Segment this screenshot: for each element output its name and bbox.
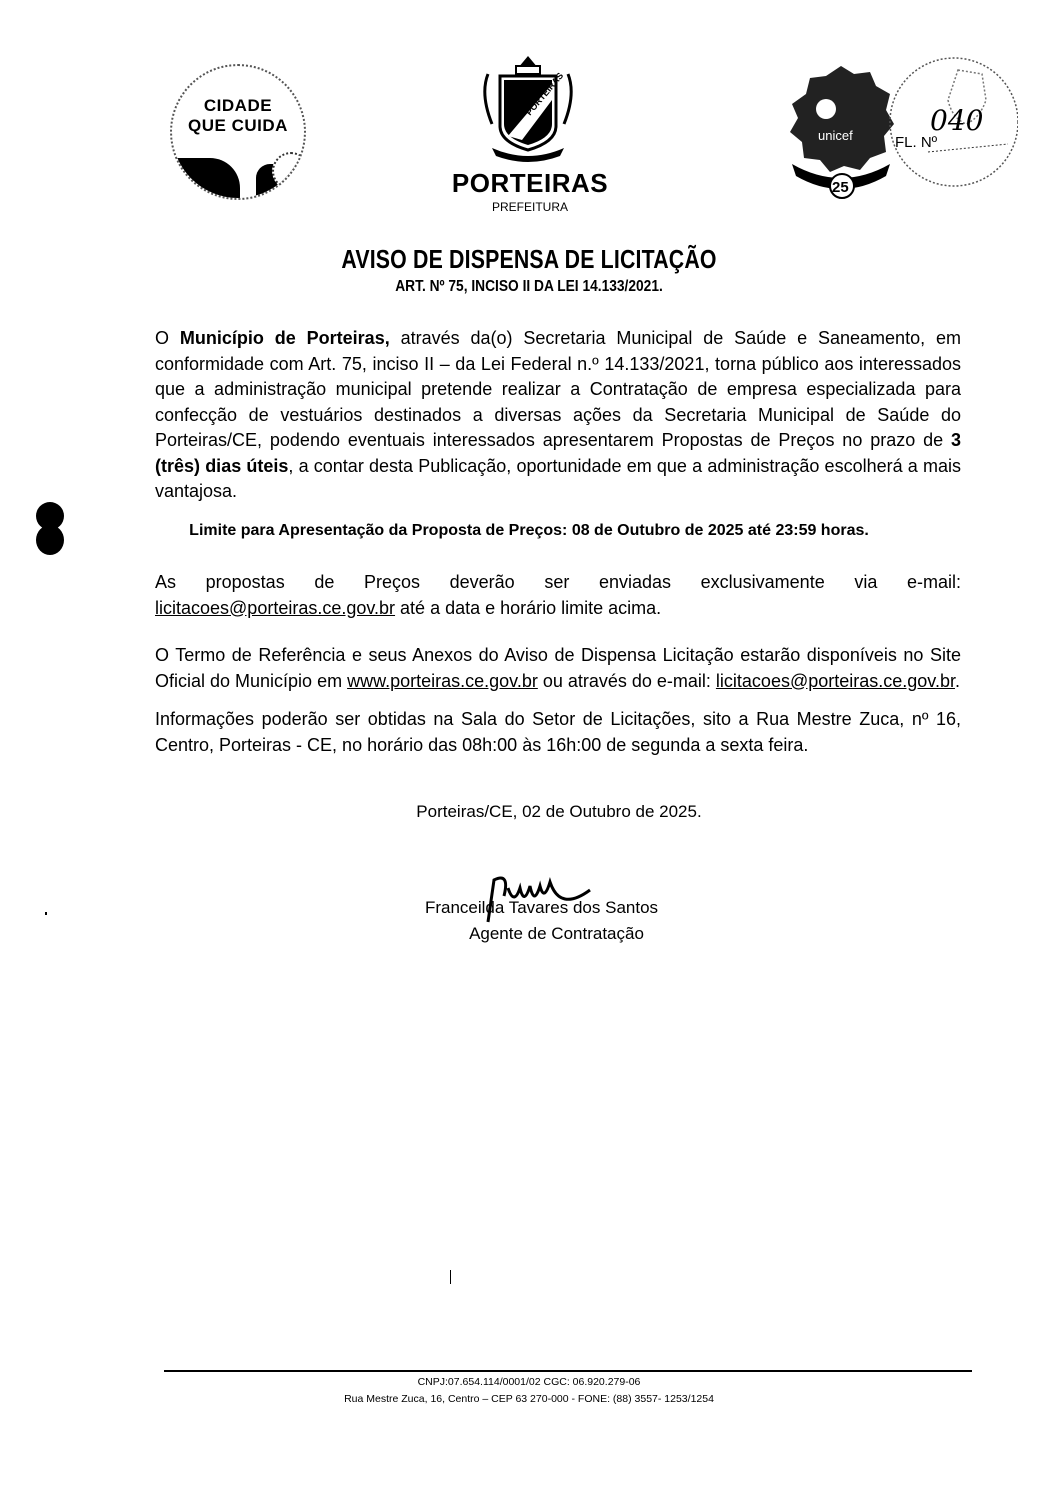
reference-text-end: . [955,671,960,691]
svg-text:unicef: unicef [818,128,853,143]
submission-text-end: até a data e horário limite acima. [395,598,661,618]
scan-artifact-line [450,1270,451,1284]
scan-hole-punch-mark [32,500,68,558]
svg-text:25: 25 [832,179,849,196]
paragraph-information: Informações poderão ser obtidas na Sala … [155,707,961,758]
submission-email-link[interactable]: licitacoes@porteiras.ce.gov.br [155,598,395,618]
intro-municipality: Município de Porteiras, [180,328,390,348]
date-line: Porteiras/CE, 02 de Outubro de 2025. [0,802,1058,822]
submission-text: As propostas de Preços deverão ser envia… [155,572,961,592]
brand-subtitle: PREFEITURA [440,200,620,214]
footer-divider [164,1370,972,1372]
cidade-que-cuida-logo: CIDADE QUE CUIDA [170,64,306,200]
page-subtitle: ART. Nº 75, INCISO II DA LEI 14.133/2021… [74,278,984,296]
signer-role: Agente de Contratação [0,924,1058,944]
reference-email-link[interactable]: licitacoes@porteiras.ce.gov.br [716,671,955,691]
municipal-crest-icon: PORTEIRAS [478,54,578,164]
footer-address: Rua Mestre Zuca, 16, Centro – CEP 63 270… [0,1393,1058,1405]
paragraph-reference: O Termo de Referência e seus Anexos do A… [155,643,961,694]
scan-artifact-dot [45,912,47,915]
stamp-handwritten-number: 040 [930,104,983,137]
footer-tax-ids: CNPJ:07.654.114/0001/02 CGC: 06.920.279-… [0,1376,1058,1388]
paragraph-intro: O Município de Porteiras, através da(o) … [155,326,961,505]
intro-lead: O [155,328,180,348]
reference-text-mid: ou através do e-mail: [538,671,716,691]
small-seal-icon [272,152,306,190]
logo-line-2: QUE CUIDA [172,116,304,135]
paragraph-submission: As propostas de Preços deverão ser envia… [155,570,961,621]
stamp-fl-label: FL. Nº [895,134,937,151]
proposal-deadline: Limite para Apresentação da Proposta de … [0,522,1058,540]
official-site-link[interactable]: www.porteiras.ce.gov.br [347,671,538,691]
brand-name: PORTEIRAS [440,168,620,199]
page-title: AVISO DE DISPENSA DE LICITAÇÃO [95,244,963,275]
signer-name: Franceilda Tavares dos Santos [0,898,1058,918]
logo-shape-left [170,158,240,200]
logo-line-1: CIDADE [172,96,304,115]
